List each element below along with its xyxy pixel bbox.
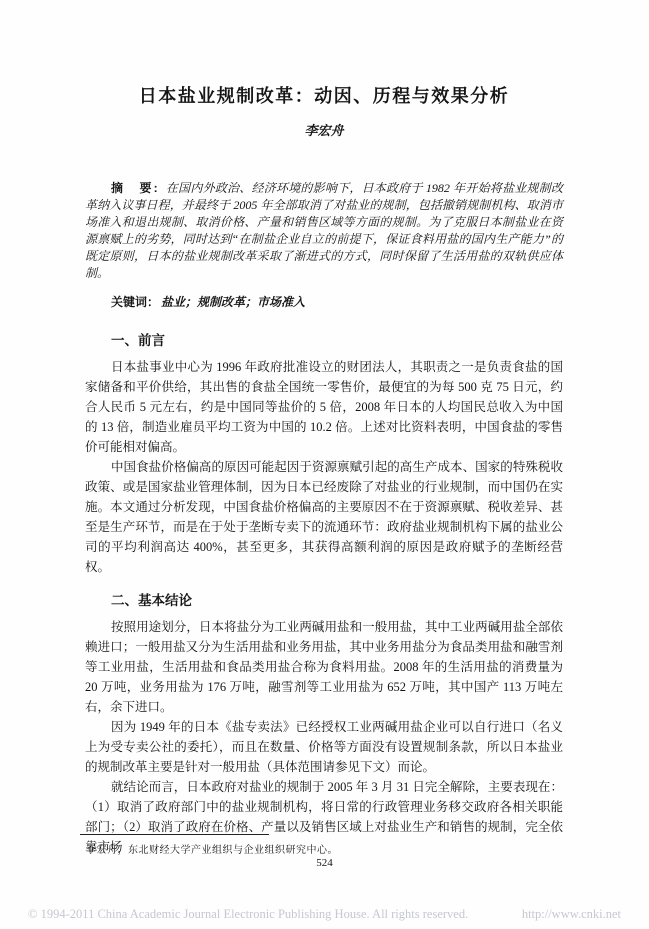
section-heading-1: 一、前言 bbox=[85, 332, 563, 350]
keywords-text: 盐业；规制改革；市场准入 bbox=[161, 295, 305, 309]
paragraph: 因为 1949 年的日本《盐专卖法》已经授权工业两碱用盐企业可以自行进口（名义上… bbox=[85, 717, 563, 777]
journal-page: 日本盐业规制改革：动因、历程与效果分析 李宏舟 摘 要:在国内外政治、经济环境的… bbox=[0, 0, 649, 929]
section-heading-2: 二、基本结论 bbox=[85, 592, 563, 610]
page-content: 日本盐业规制改革：动因、历程与效果分析 李宏舟 摘 要:在国内外政治、经济环境的… bbox=[0, 0, 649, 857]
page-number: 524 bbox=[0, 857, 649, 869]
page-title: 日本盐业规制改革：动因、历程与效果分析 bbox=[85, 84, 563, 108]
author-footnote: 李宏舟，东北财经大学产业组织与企业组织研究中心。 bbox=[86, 841, 338, 856]
keywords-paragraph: 关键词：盐业；规制改革；市场准入 bbox=[85, 294, 563, 311]
footnote-divider bbox=[80, 834, 269, 835]
keywords-label: 关键词： bbox=[111, 295, 159, 309]
author-name: 李宏舟 bbox=[85, 123, 563, 139]
abstract-text: 在国内外政治、经济环境的影响下，日本政府于 1982 年开始将盐业规制改革纳入议… bbox=[85, 181, 563, 280]
cnki-watermark: © 1994-2011 China Academic Journal Elect… bbox=[0, 907, 649, 922]
paragraph: 按照用途划分，日本将盐分为工业两碱用盐和一般用盐，其中工业两碱用盐全部依赖进口；… bbox=[85, 617, 563, 717]
paragraph: 日本盐事业中心为 1996 年政府批准设立的财团法人，其职责之一是负责食盐的国家… bbox=[85, 357, 563, 457]
cnki-url: http://www.cnki.net bbox=[522, 907, 621, 922]
abstract-block: 摘 要:在国内外政治、经济环境的影响下，日本政府于 1982 年开始将盐业规制改… bbox=[85, 180, 563, 311]
abstract-paragraph: 摘 要:在国内外政治、经济环境的影响下，日本政府于 1982 年开始将盐业规制改… bbox=[85, 180, 563, 282]
abstract-label: 摘 要: bbox=[111, 181, 160, 195]
paragraph: 中国食盐价格偏高的原因可能起因于资源禀赋引起的高生产成本、国家的特殊税收政策、或… bbox=[85, 457, 563, 577]
copyright-text: © 1994-2011 China Academic Journal Elect… bbox=[28, 907, 468, 922]
